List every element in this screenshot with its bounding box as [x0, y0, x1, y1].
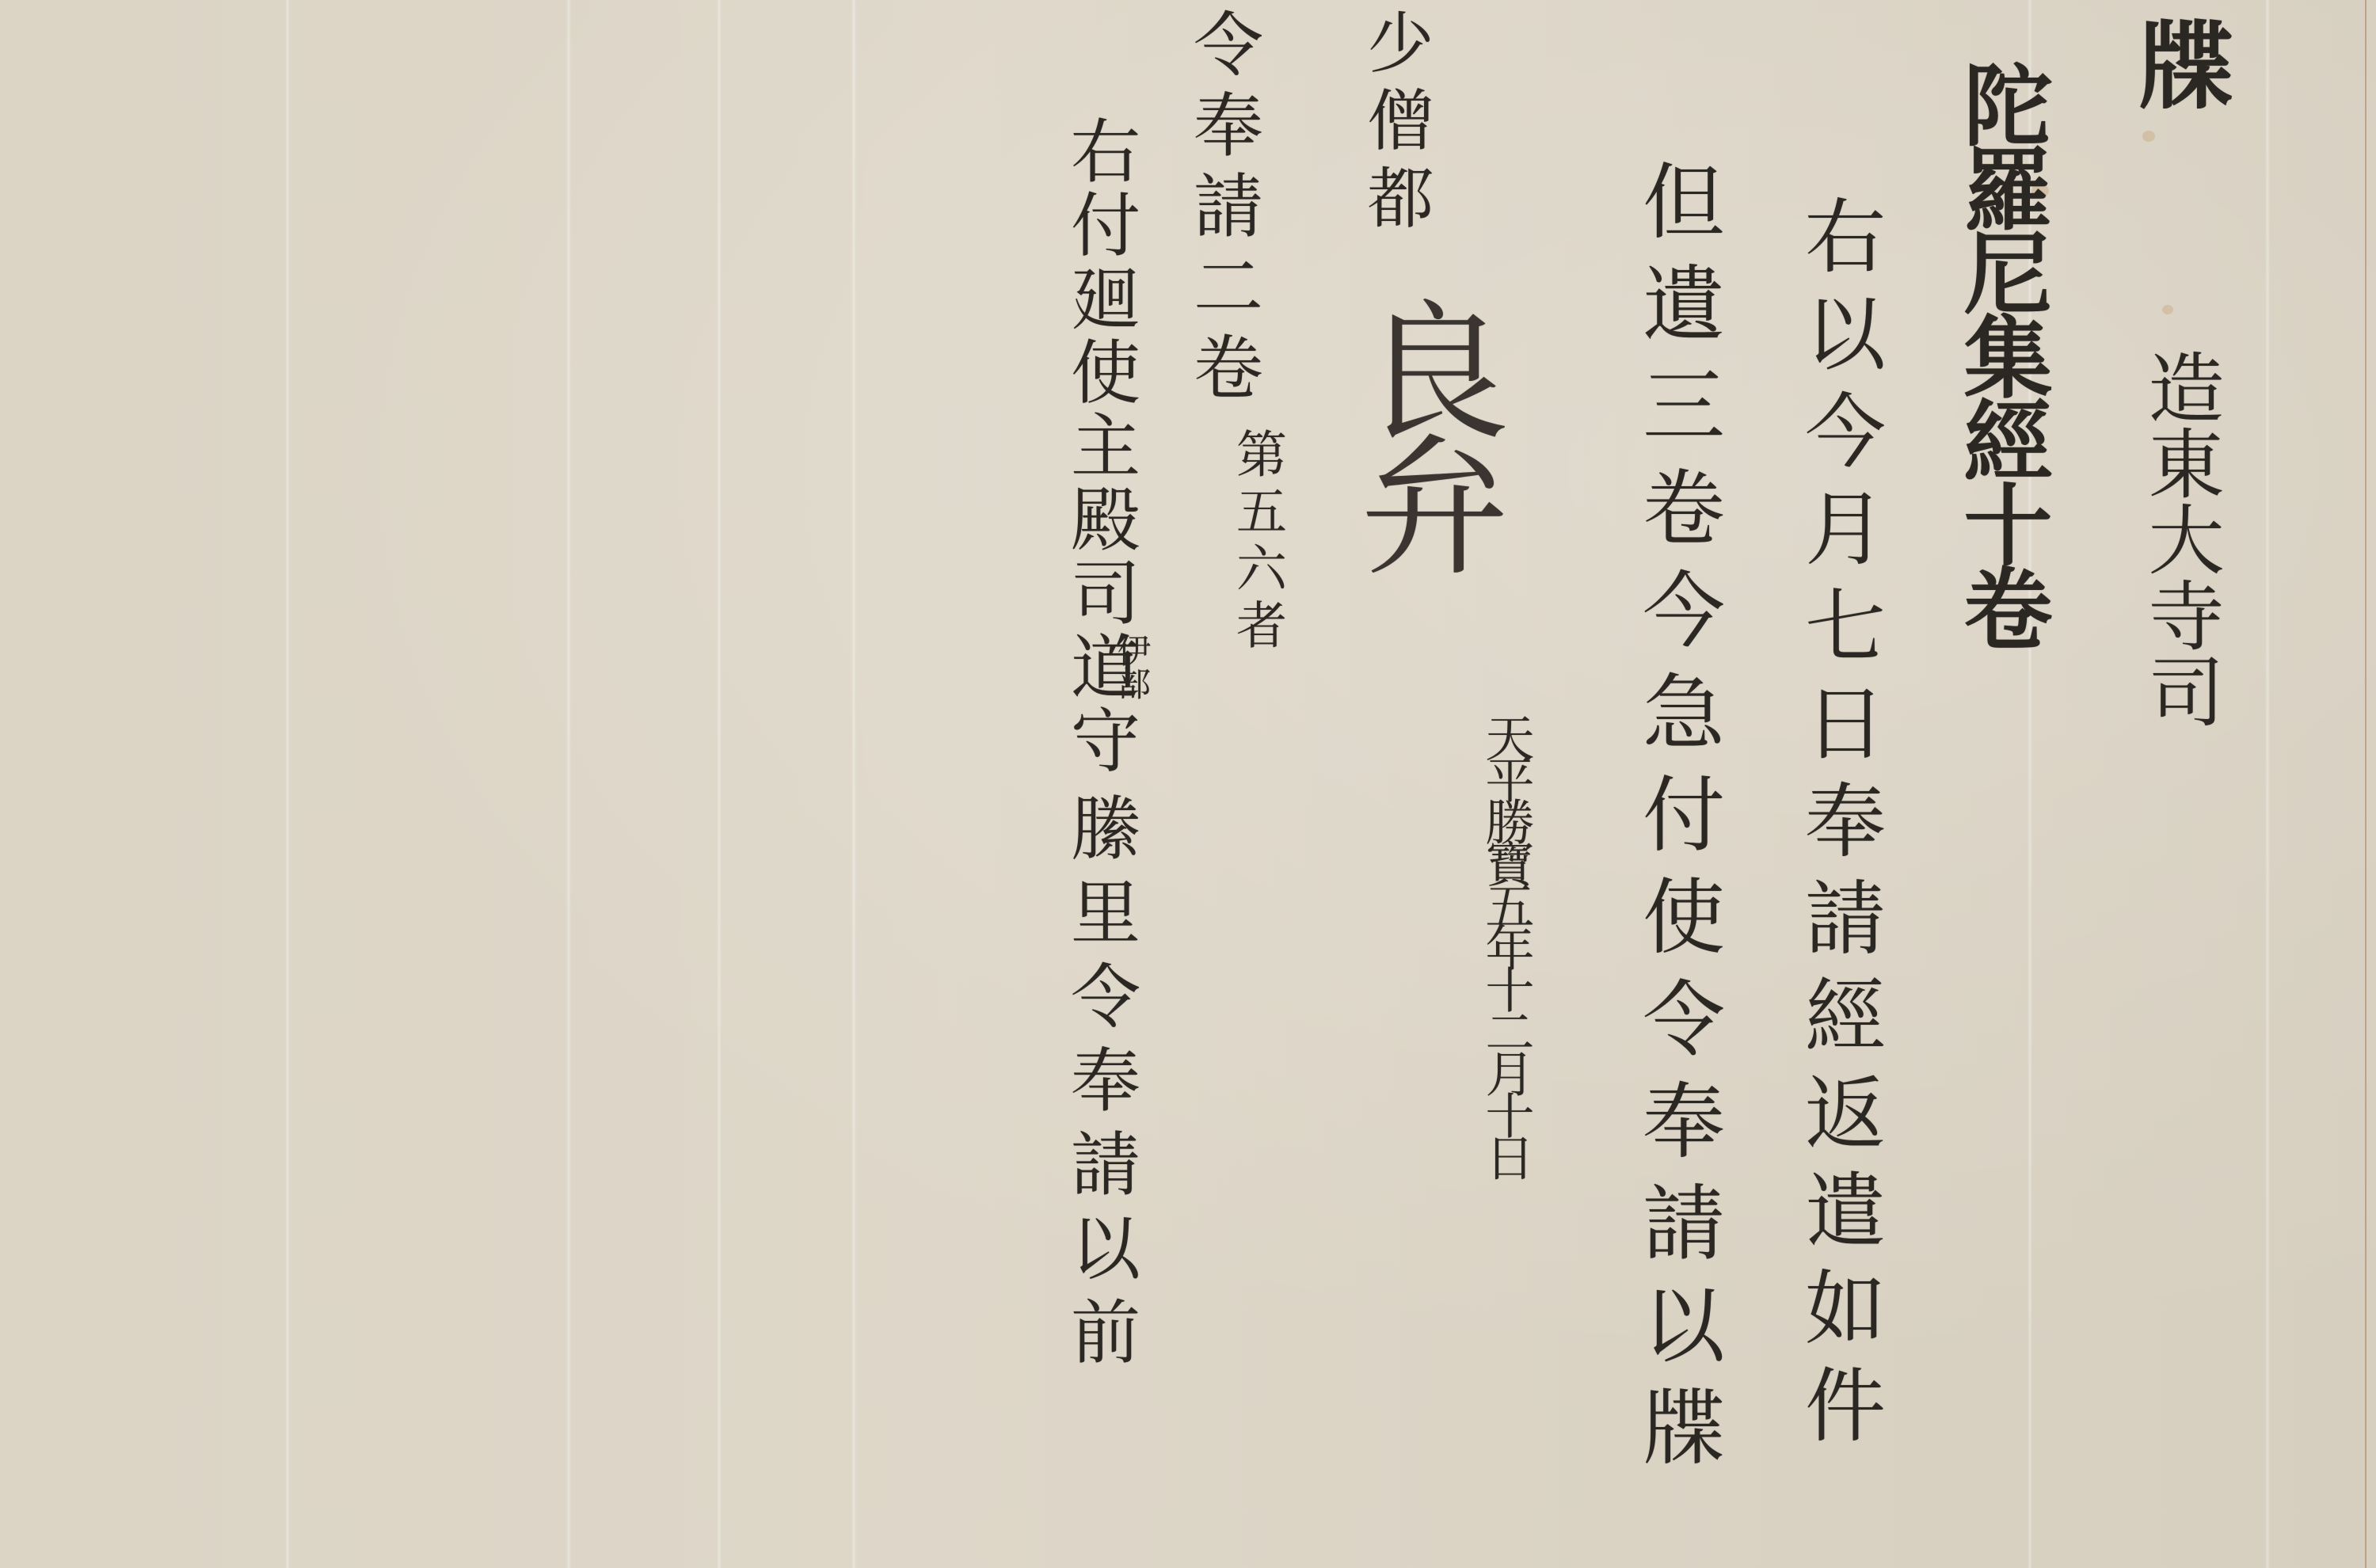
heading-die: 牒: [2130, 16, 2226, 111]
signatory-title: 少僧都: [1362, 8, 1429, 241]
paper-fold-line: [851, 0, 856, 1568]
paper-fold-line: [566, 0, 571, 1568]
date-line: 天平勝寶五年十二月十日: [1481, 713, 1530, 1174]
addressee-zoutoudaijishi: 造東大寺司: [2142, 348, 2218, 729]
note-1-sub: 第五六者: [1232, 428, 1282, 656]
paper-stain: [2162, 305, 2173, 314]
paper-seam: [2365, 0, 2366, 1568]
sutra-item-line: 陀羅尼集經十卷: [1956, 59, 2045, 647]
note-2-interlinear: 伊部: [1115, 634, 1148, 700]
paper-fold-line: [717, 0, 722, 1568]
signatory-name-ryoben: 良弁: [1346, 293, 1497, 562]
manuscript-sheet: 牒 造東大寺司 陀羅尼集經十卷 右以今月七日奉請經返遣如件 但遺三卷今急付使令奉…: [0, 0, 2376, 1568]
note-1-main: 令奉請二卷: [1188, 8, 1258, 412]
note-2-main-b: 縢里令奉請以前: [1065, 792, 1135, 1380]
body-line-2: 但遺三卷今急付使令奉請以牒: [1635, 158, 1718, 1486]
paper-fold-line: [285, 0, 290, 1568]
paper-fold-line: [2265, 0, 2270, 1568]
paper-stain: [2142, 131, 2155, 142]
body-line-1: 右以今月七日奉請經返遣如件: [1798, 194, 1879, 1460]
